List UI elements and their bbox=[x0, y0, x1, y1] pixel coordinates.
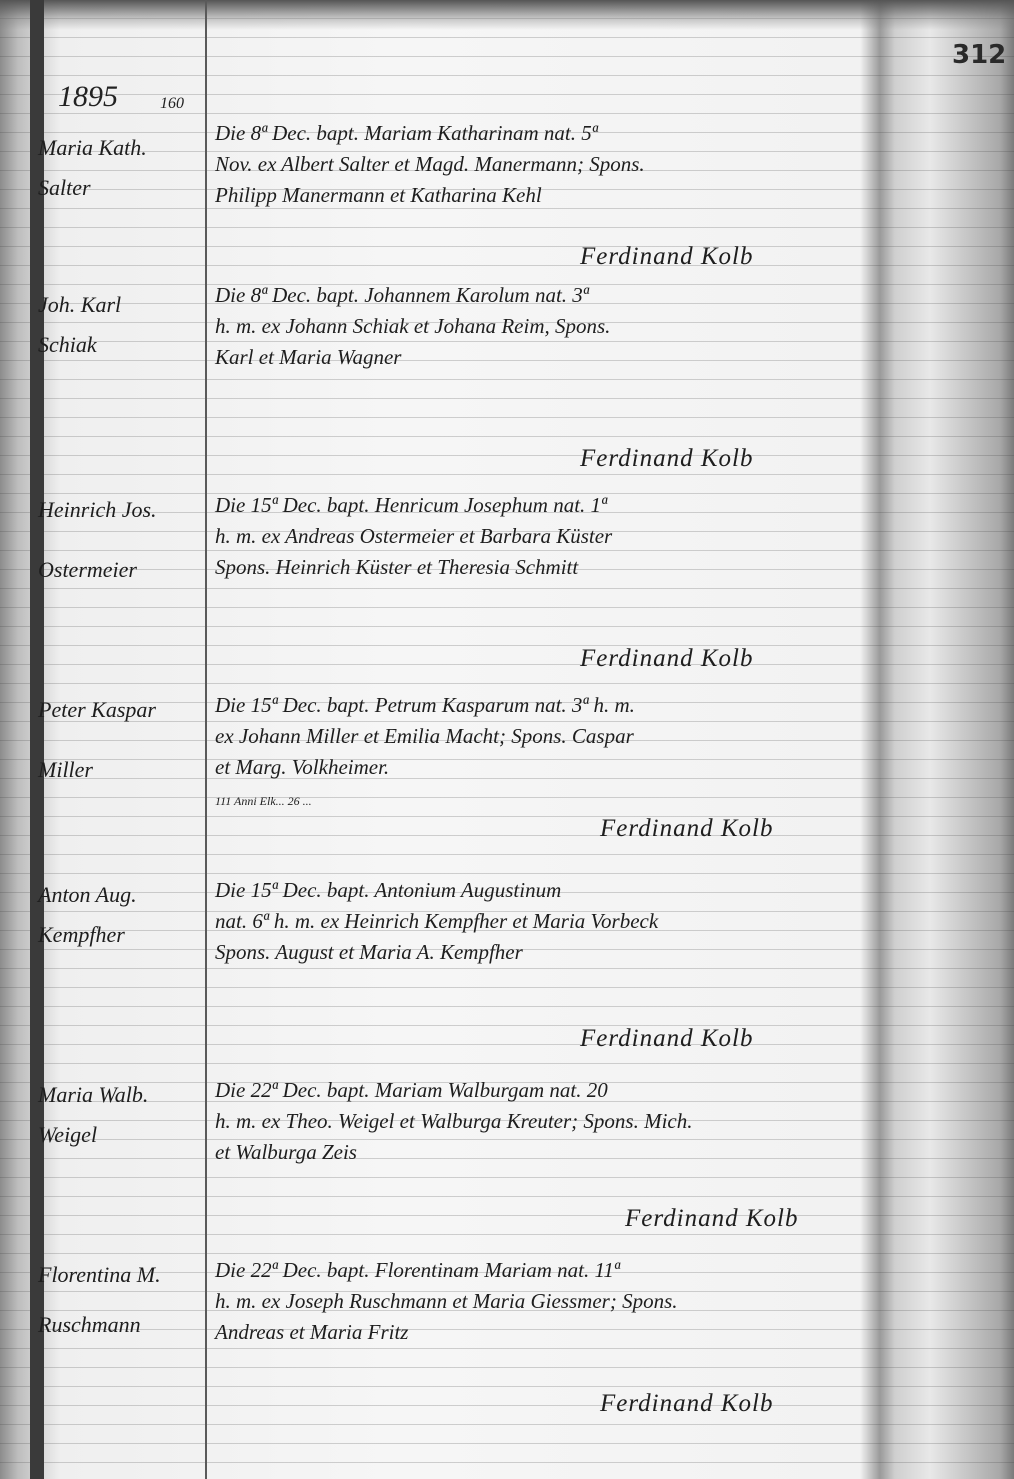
margin-name-line: Florentina M. bbox=[38, 1255, 203, 1295]
record-text: Die 8ª Dec. bapt. Mariam Katharinam nat.… bbox=[215, 118, 915, 211]
priest-signature: Ferdinand Kolb bbox=[580, 445, 754, 473]
margin-child-name: Maria Walb. Weigel bbox=[38, 1075, 203, 1155]
record-line: Die 22ª Dec. bapt. Florentinam Mariam na… bbox=[215, 1255, 915, 1286]
record-line: Spons. August et Maria A. Kempfher bbox=[215, 937, 915, 968]
margin-name-line: Salter bbox=[38, 168, 203, 208]
margin-name-line: Peter Kaspar bbox=[38, 690, 203, 730]
page-number: 312 bbox=[952, 40, 1006, 70]
record-line: Nov. ex Albert Salter et Magd. Manermann… bbox=[215, 149, 915, 180]
margin-child-name: Maria Kath. Salter bbox=[38, 128, 203, 208]
record-line: ex Johann Miller et Emilia Macht; Spons.… bbox=[215, 721, 915, 752]
record-text: Die 22ª Dec. bapt. Mariam Walburgam nat.… bbox=[215, 1075, 915, 1168]
annotation-line: 111 Anni Elk... 26 ... bbox=[215, 783, 915, 817]
record-line: Die 15ª Dec. bapt. Antonium Augustinum bbox=[215, 875, 915, 906]
margin-name-line: Heinrich Jos. bbox=[38, 490, 203, 530]
margin-name-line: Miller bbox=[38, 750, 203, 790]
record-text: Die 15ª Dec. bapt. Henricum Josephum nat… bbox=[215, 490, 915, 583]
margin-name-line: Weigel bbox=[38, 1115, 203, 1155]
margin-child-name: Florentina M. Ruschmann bbox=[38, 1255, 203, 1345]
priest-signature: Ferdinand Kolb bbox=[600, 1390, 774, 1418]
record-line: Spons. Heinrich Küster et Theresia Schmi… bbox=[215, 552, 915, 583]
record-line: Andreas et Maria Fritz bbox=[215, 1317, 915, 1348]
margin-name-line: Maria Walb. bbox=[38, 1075, 203, 1115]
margin-child-name: Heinrich Jos. Ostermeier bbox=[38, 490, 203, 590]
margin-name-line: Ruschmann bbox=[38, 1305, 203, 1345]
record-text: Die 22ª Dec. bapt. Florentinam Mariam na… bbox=[215, 1255, 915, 1348]
record-line: et Marg. Volkheimer. bbox=[215, 752, 915, 783]
margin-child-name: Peter Kaspar Miller bbox=[38, 690, 203, 790]
record-text: Die 15ª Dec. bapt. Petrum Kasparum nat. … bbox=[215, 690, 915, 817]
priest-signature: Ferdinand Kolb bbox=[625, 1205, 799, 1233]
record-line: nat. 6ª h. m. ex Heinrich Kempfher et Ma… bbox=[215, 906, 915, 937]
scan-edge-shadow bbox=[0, 0, 1014, 30]
record-line: Die 15ª Dec. bapt. Henricum Josephum nat… bbox=[215, 490, 915, 521]
record-line: Die 8ª Dec. bapt. Mariam Katharinam nat.… bbox=[215, 118, 915, 149]
record-text: Die 8ª Dec. bapt. Johannem Karolum nat. … bbox=[215, 280, 915, 373]
margin-name-line: Anton Aug. bbox=[38, 875, 203, 915]
record-line: Die 8ª Dec. bapt. Johannem Karolum nat. … bbox=[215, 280, 915, 311]
record-text: Die 15ª Dec. bapt. Antonium Augustinum n… bbox=[215, 875, 915, 968]
record-line: Karl et Maria Wagner bbox=[215, 342, 915, 373]
margin-child-name: Anton Aug. Kempfher bbox=[38, 875, 203, 955]
margin-name-line: Kempfher bbox=[38, 915, 203, 955]
margin-name-line: Schiak bbox=[38, 325, 203, 365]
margin-column-rule bbox=[205, 0, 207, 1479]
record-line: h. m. ex Johann Schiak et Johana Reim, S… bbox=[215, 311, 915, 342]
priest-signature: Ferdinand Kolb bbox=[580, 645, 754, 673]
record-line: h. m. ex Theo. Weigel et Walburga Kreute… bbox=[215, 1106, 915, 1137]
record-line: et Walburga Zeis bbox=[215, 1137, 915, 1168]
register-page: 312 1895 160 Maria Kath. Salter Die 8ª D… bbox=[0, 0, 1014, 1479]
entry-number: 160 bbox=[160, 95, 184, 113]
margin-annotation: 111 Anni Elk... 26 ... bbox=[215, 794, 312, 808]
priest-signature: Ferdinand Kolb bbox=[580, 1025, 754, 1053]
priest-signature: Ferdinand Kolb bbox=[580, 243, 754, 271]
margin-child-name: Joh. Karl Schiak bbox=[38, 285, 203, 365]
priest-signature: Ferdinand Kolb bbox=[600, 815, 774, 843]
record-line: h. m. ex Joseph Ruschmann et Maria Giess… bbox=[215, 1286, 915, 1317]
margin-name-line: Ostermeier bbox=[38, 550, 203, 590]
margin-name-line: Joh. Karl bbox=[38, 285, 203, 325]
record-line: Die 15ª Dec. bapt. Petrum Kasparum nat. … bbox=[215, 690, 915, 721]
margin-name-line: Maria Kath. bbox=[38, 128, 203, 168]
year-header: 1895 bbox=[58, 80, 118, 114]
record-line: Philipp Manermann et Katharina Kehl bbox=[215, 180, 915, 211]
record-line: h. m. ex Andreas Ostermeier et Barbara K… bbox=[215, 521, 915, 552]
record-line: Die 22ª Dec. bapt. Mariam Walburgam nat.… bbox=[215, 1075, 915, 1106]
